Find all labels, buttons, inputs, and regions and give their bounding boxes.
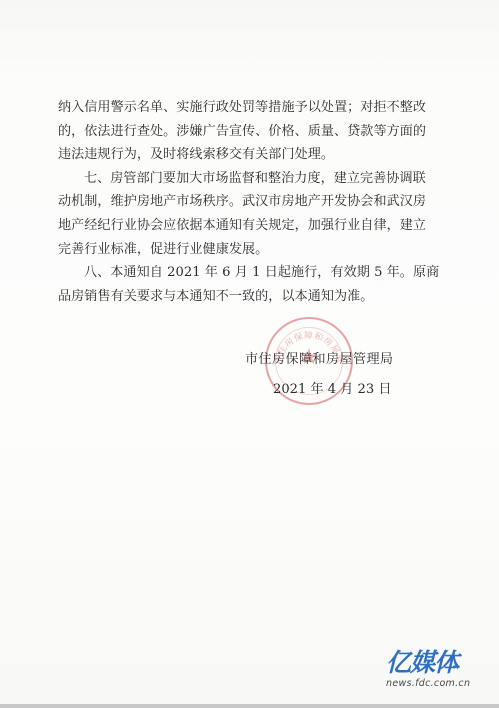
issue-date: 2021 年 4 月 23 日 [273, 382, 391, 398]
paragraph-8-first-line: 八、本通知自 2021 年 6 月 1 日起施行，有效期 5 年。原商 [58, 261, 430, 285]
document-page: 纳入信用警示名单、实施行政处罚等措施予以处置；对拒不整改 的，依法进行查处。涉嫌… [0, 0, 499, 704]
text-line: 违法违规行为，及时将线索移交有关部门处理。 [58, 143, 430, 167]
text-line: 动机制，维护房地产市场秩序。武汉市房地产开发协会和武汉房 [58, 190, 430, 214]
watermark-logo: 亿媒体 news.fdc.com.cn [386, 648, 476, 690]
text-line: 完善行业标准，促进行业健康发展。 [58, 238, 430, 262]
text-line: 品房销售有关要求与本通知不一致的，以本通知为准。 [58, 285, 430, 309]
text-line: 的，依法进行查处。涉嫌广告宣传、价格、质量、贷款等方面的 [58, 120, 430, 144]
document-body: 纳入信用警示名单、实施行政处罚等措施予以处置；对拒不整改 的，依法进行查处。涉嫌… [58, 96, 430, 308]
brand-logo-text: 亿媒体 [386, 648, 476, 678]
bottom-border [0, 704, 499, 708]
brand-url: news.fdc.com.cn [386, 678, 476, 690]
text-line: 地产经纪行业协会应依据本通知有关规定，加强行业自律，建立 [58, 214, 430, 238]
issuer-signature: 市住房保障和房屋管理局 [245, 352, 393, 368]
text-line: 纳入信用警示名单、实施行政处罚等措施予以处置；对拒不整改 [58, 96, 430, 120]
paragraph-7-first-line: 七、房管部门要加大市场监督和整治力度，建立完善协调联 [58, 167, 430, 191]
